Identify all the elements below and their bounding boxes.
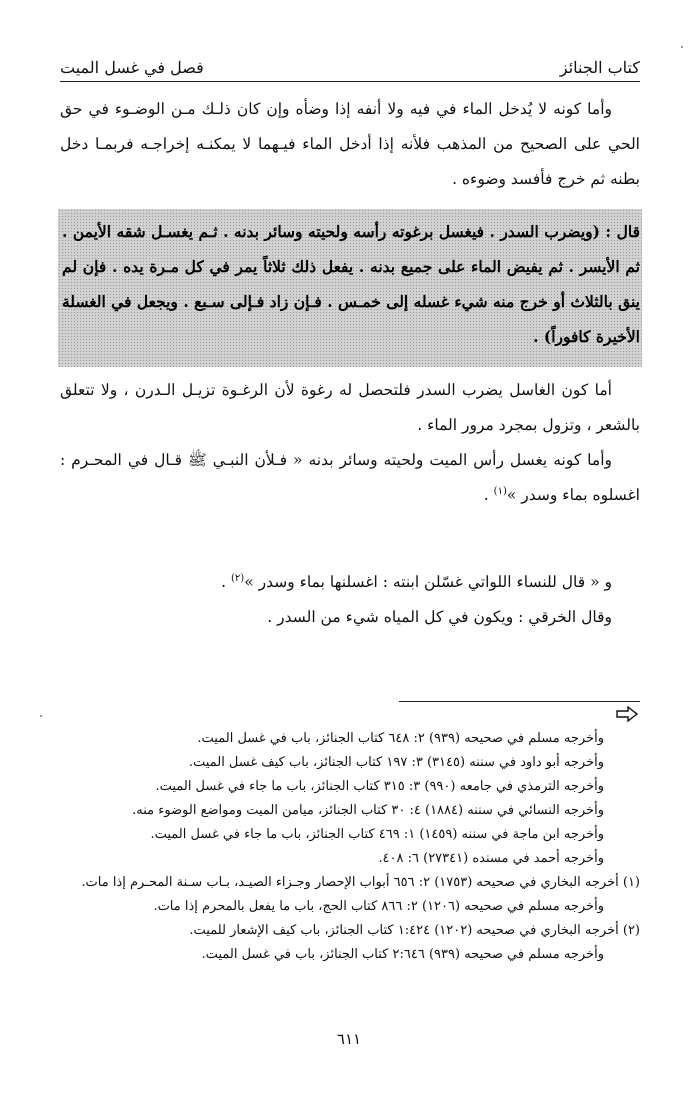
- footnote-line: وأخرجه ابن ماجة في سننه (١٤٥٩) ١: ٤٦٩ كت…: [60, 823, 640, 847]
- right-arrow-outline-icon: [616, 706, 638, 722]
- running-head-section-title: فصل في غسل الميت: [60, 57, 204, 79]
- footnote-line: وأخرجه الترمذي في جامعه (٩٩٠) ٣: ٣١٥ كتا…: [60, 775, 640, 799]
- footnote-2: (٢) أخرجه البخاري في صحيحه (١٢٠٢) ١:٤٢٤ …: [60, 919, 640, 943]
- running-head-book-title: كتاب الجنائز: [560, 57, 640, 79]
- footnote-line: وأخرجه أحمد في مسنده (٢٧٣٤١) ٦: ٤٠٨.: [60, 847, 640, 871]
- paragraph-washing-head: وأما كونه يغسل رأس الميت ولحيته وسائر بد…: [60, 443, 640, 513]
- footnote-number: (١): [623, 875, 640, 890]
- paragraph-text: و « قال للنساء اللواتي غسّلن ابنته : اغس…: [244, 573, 612, 591]
- footnote-line: وأخرجه النسائي في سننه (١٨٨٤) ٤: ٣٠ كتاب…: [60, 799, 640, 823]
- footnote-separator: [399, 701, 640, 702]
- footnote-ref-1[interactable]: (١): [494, 486, 507, 497]
- paragraph-wudu: وأما كونه لا يُدخل الماء في فيه ولا أنفه…: [60, 92, 640, 197]
- paragraph-end: .: [484, 486, 494, 504]
- footnote-number: (٢): [623, 923, 640, 938]
- scan-speck: [681, 46, 683, 48]
- scan-speck: [40, 715, 42, 717]
- paragraph-sidr-foam: أما كون الغاسل يضرب السدر فلتحصل له رغوة…: [60, 373, 640, 443]
- footnote-line: وأخرجه مسلم في صحيحه (١٢٠٦) ٢: ٨٦٦ كتاب …: [60, 895, 640, 919]
- footnote-line: وأخرجه مسلم في صحيحه (٩٣٩) ٢:٦٤٦ كتاب ال…: [60, 943, 640, 967]
- footnote-line: وأخرجه مسلم في صحيحه (٩٣٩) ٢: ٦٤٨ كتاب ا…: [60, 727, 640, 751]
- footnotes: وأخرجه مسلم في صحيحه (٩٣٩) ٢: ٦٤٨ كتاب ا…: [60, 727, 640, 967]
- footnote-ref-2[interactable]: (٢): [231, 573, 244, 584]
- footnote-text: أخرجه البخاري في صحيحه (١٧٥٣) ٢: ٦٥٦ أبو…: [81, 875, 618, 890]
- footnote-1: (١) أخرجه البخاري في صحيحه (١٧٥٣) ٢: ٦٥٦…: [60, 871, 640, 895]
- running-head: كتاب الجنائز فصل في غسل الميت: [60, 52, 640, 82]
- page-number: ٦١١: [0, 1030, 698, 1048]
- paragraph-text: وقال الخرقي : ويكون في كل المياه شيء من …: [267, 608, 612, 626]
- matn-quote: قال : (ويضرب السدر . فيغسل برغوته رأسه و…: [62, 214, 640, 354]
- paragraph-text: أما كون الغاسل يضرب السدر فلتحصل له رغوة…: [60, 381, 640, 434]
- footnote-text: أخرجه البخاري في صحيحه (١٢٠٢) ١:٤٢٤ كتاب…: [189, 923, 618, 938]
- book-page: كتاب الجنائز فصل في غسل الميت وأما كونه …: [0, 0, 698, 1101]
- paragraph-end: .: [221, 573, 231, 591]
- paragraph-daughter-hadith: و « قال للنساء اللواتي غسّلن ابنته : اغس…: [60, 565, 640, 600]
- paragraph-text: وأما كونه يغسل رأس الميت ولحيته وسائر بد…: [60, 451, 640, 504]
- paragraph-kharaqi: وقال الخرقي : ويكون في كل المياه شيء من …: [60, 600, 640, 635]
- paragraph-text: وأما كونه لا يُدخل الماء في فيه ولا أنفه…: [60, 100, 640, 188]
- footnote-line: وأخرجه أبو داود في سننه (٣١٤٥) ٣: ١٩٧ كت…: [60, 751, 640, 775]
